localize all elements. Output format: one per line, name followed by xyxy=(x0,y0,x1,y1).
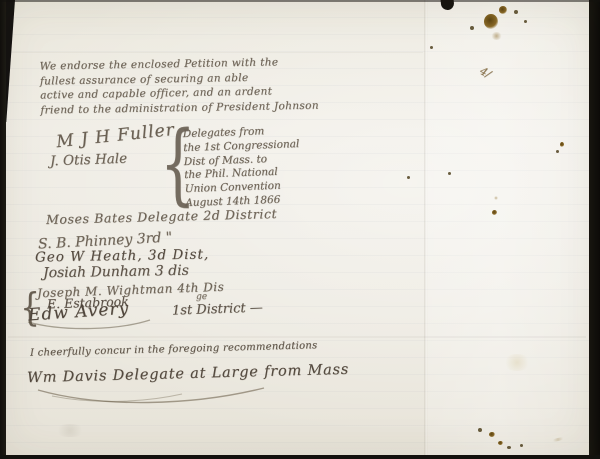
manuscript-photo: We endorse the enclosed Petition with th… xyxy=(0,0,600,459)
photo-vignette xyxy=(0,0,600,459)
